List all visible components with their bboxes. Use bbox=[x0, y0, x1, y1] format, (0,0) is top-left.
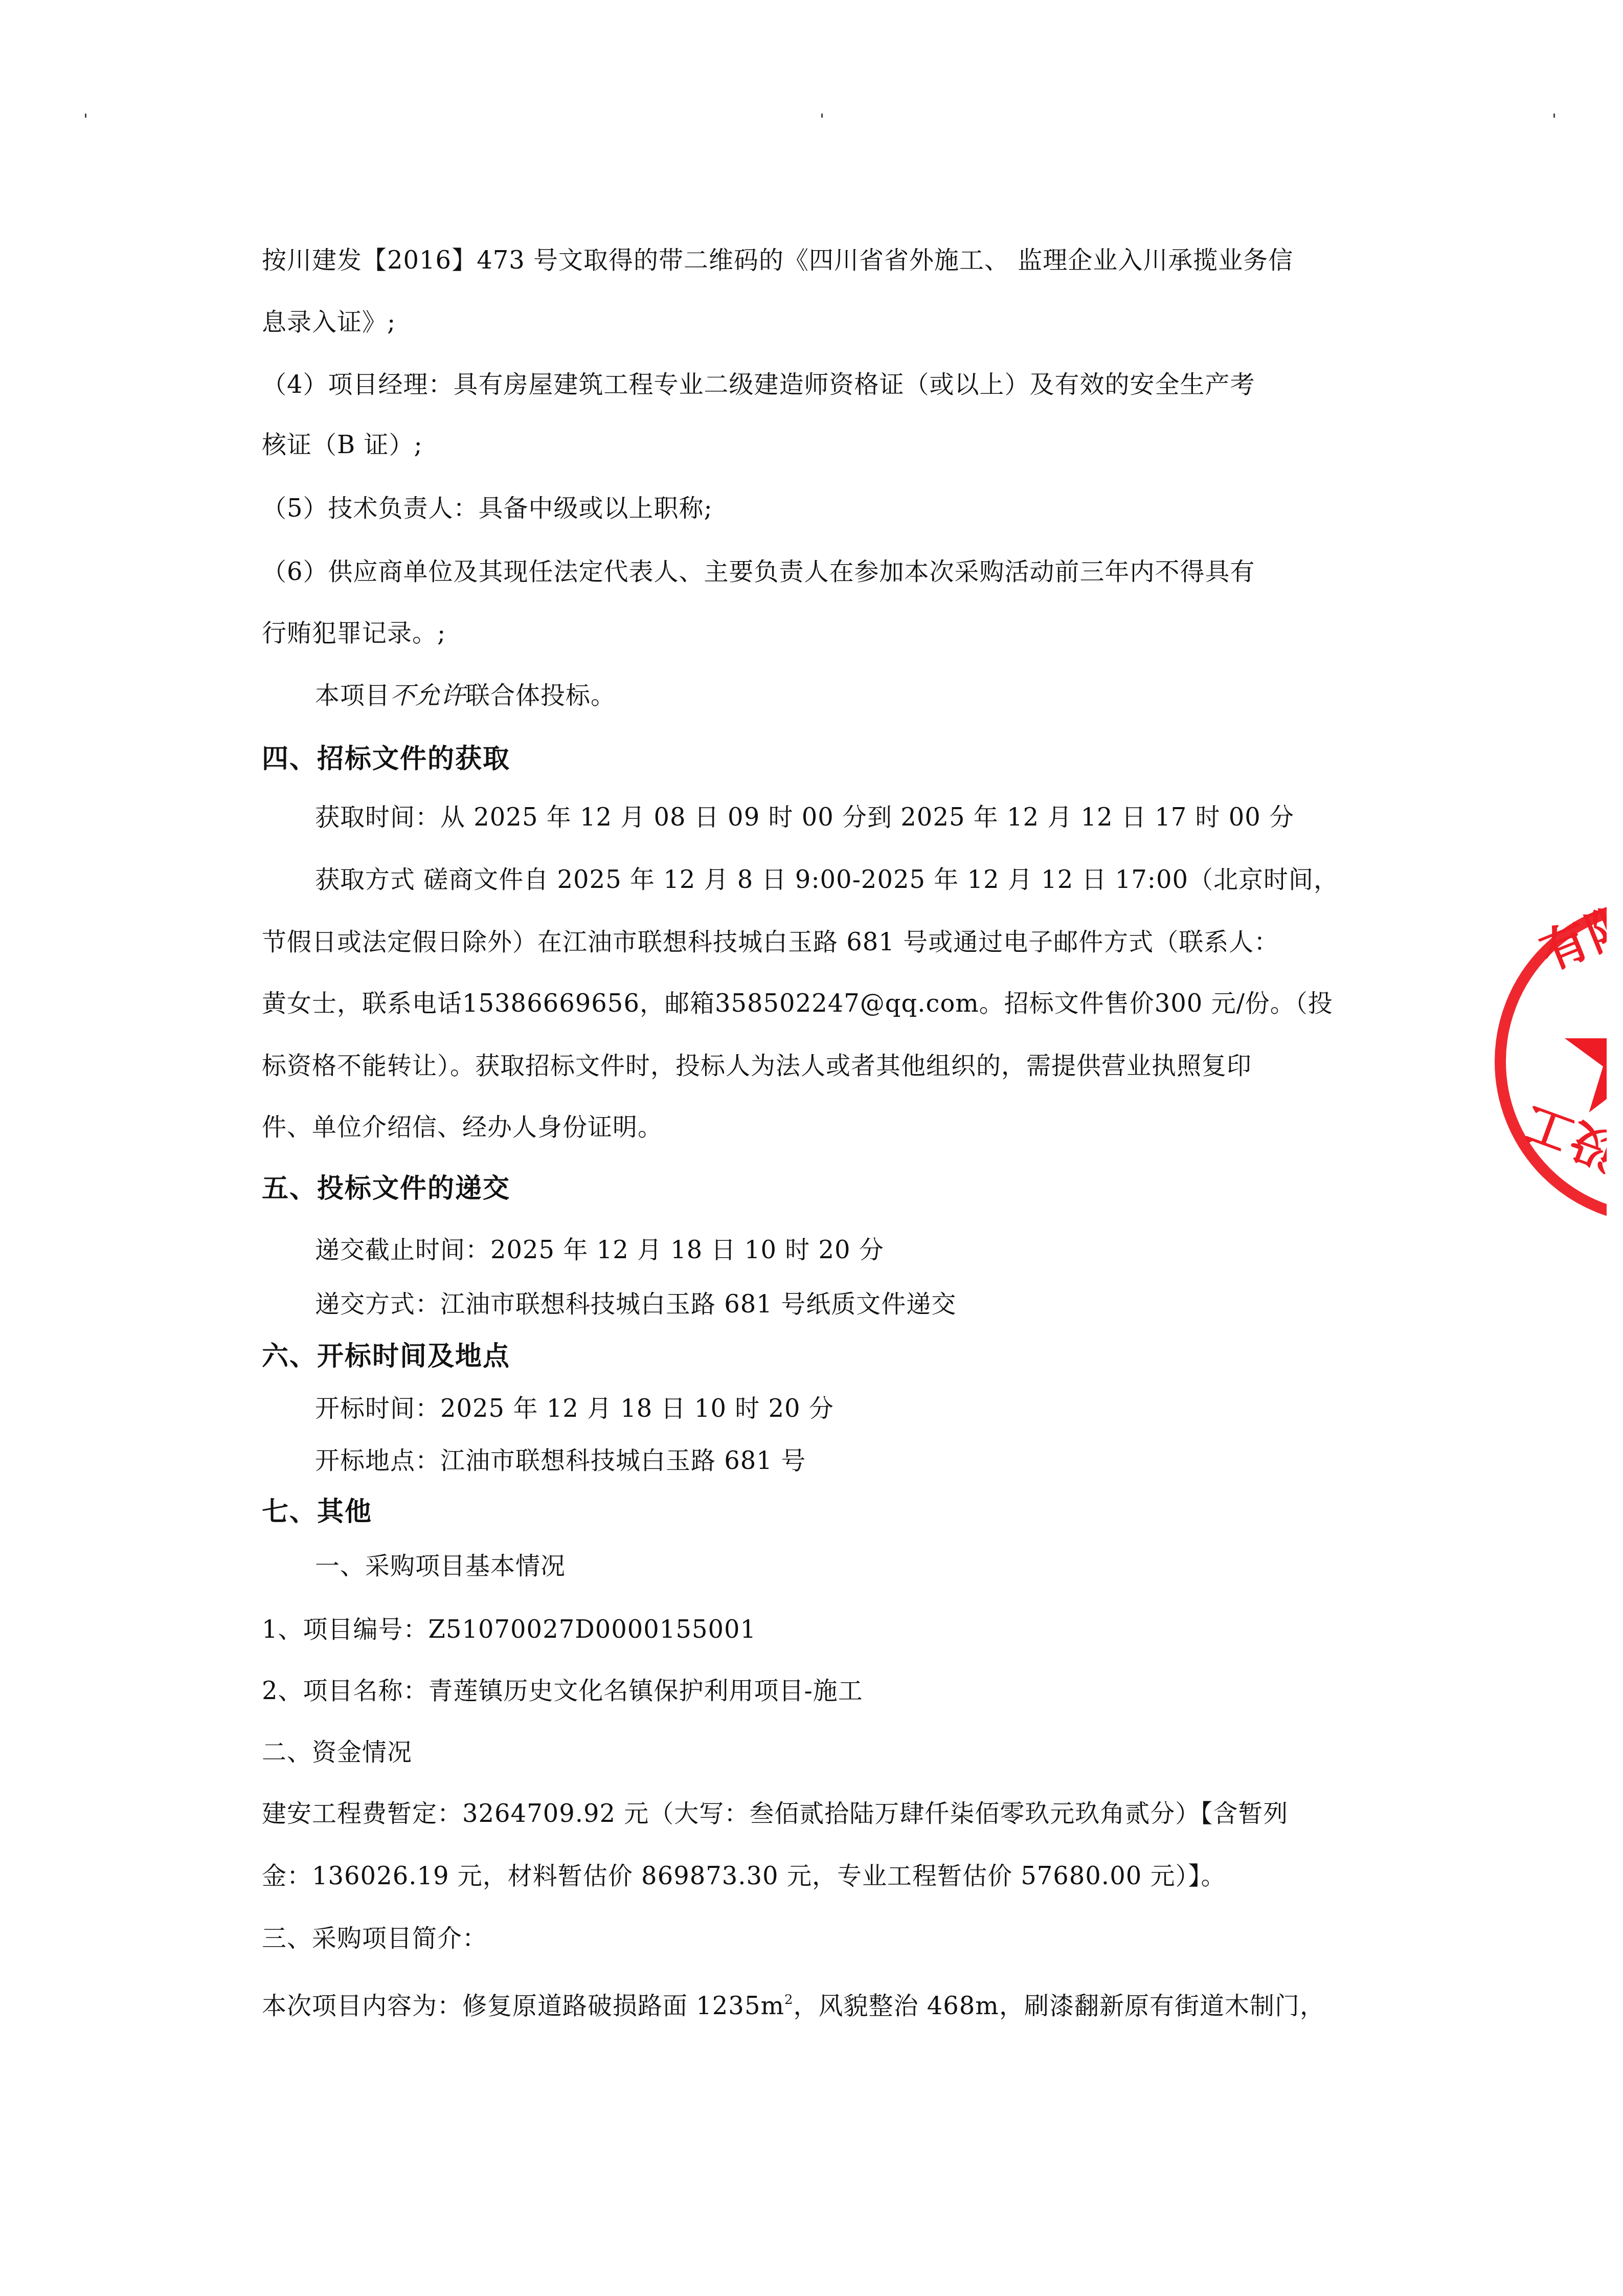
body-line: 核证（B 证）; bbox=[262, 430, 1351, 460]
body-line: 节假日或法定假日除外）在江油市联想科技城白玉路 681 号或通过电子邮件方式（联… bbox=[262, 927, 1351, 957]
project-name: 2、项目名称：青莲镇历史文化名镇保护利用项目-施工 bbox=[262, 1676, 1351, 1706]
requirement-item-4: （4）项目经理：具有房屋建筑工程专业二级建造师资格证（或以上）及有效的安全生产考 bbox=[262, 369, 1351, 400]
requirement-item-6: （6）供应商单位及其现任法定代表人、主要负责人在参加本次采购活动前三年内不得具有 bbox=[262, 556, 1351, 587]
submit-method: 递交方式：江油市联想科技城白玉路 681 号纸质文件递交 bbox=[315, 1289, 1404, 1320]
subsection-heading-1: 一、采购项目基本情况 bbox=[315, 1551, 1404, 1581]
acquire-method: 获取方式 磋商文件自 2025 年 12 月 8 日 9:00-2025 年 1… bbox=[315, 864, 1404, 895]
opening-time: 开标时间：2025 年 12 月 18 日 10 时 20 分 bbox=[315, 1393, 1404, 1424]
scan-mark bbox=[1553, 114, 1555, 118]
consortium-note: 本项目不允许联合体投标。 bbox=[315, 680, 1404, 711]
body-line: 行贿犯罪记录。; bbox=[262, 618, 1351, 649]
contact-line: 黄女士，联系电话15386669656，邮箱358502247@qq.com。招… bbox=[262, 988, 1351, 1019]
section-heading-4: 四、招标文件的获取 bbox=[262, 744, 1351, 774]
body-line: 标资格不能转让）。获取招标文件时，投标人为法人或者其他组织的，需提供营业执照复印 bbox=[262, 1051, 1351, 1081]
body-line: 息录入证》; bbox=[262, 307, 1351, 338]
section-heading-7: 七、其他 bbox=[262, 1497, 1351, 1527]
scan-mark bbox=[821, 114, 823, 118]
project-number: 1、项目编号：Z51070027D0000155001 bbox=[262, 1614, 1351, 1645]
star-icon bbox=[1560, 990, 1607, 1118]
requirement-item-5: （5）技术负责人：具备中级或以上职称; bbox=[262, 493, 1351, 524]
acquire-time: 获取时间：从 2025 年 12 月 08 日 09 时 00 分到 2025 … bbox=[315, 802, 1404, 833]
opening-location: 开标地点：江油市联想科技城白玉路 681 号 bbox=[315, 1445, 1404, 1476]
section-heading-6: 六、开标时间及地点 bbox=[262, 1341, 1351, 1372]
company-seal: 有限公 建设工 bbox=[1483, 890, 1607, 1238]
document-page: 按川建发【2016】473 号文取得的带二维码的《四川省省外施工、 监理企业入川… bbox=[0, 0, 1623, 2296]
budget-line: 金：136026.19 元，材料暂估价 869873.30 元，专业工程暂估价 … bbox=[262, 1861, 1351, 1891]
scan-mark bbox=[85, 114, 86, 118]
project-scope: 本次项目内容为：修复原道路破损路面 1235m2，风貌整治 468m，刷漆翻新原… bbox=[262, 1985, 1351, 2015]
emphasis-not-allowed: 不允许 bbox=[390, 681, 465, 710]
budget-line: 建安工程费暂定：3264709.92 元（大写：叁佰贰拾陆万肆仟柒佰零玖元玖角贰… bbox=[262, 1798, 1351, 1829]
section-heading-5: 五、投标文件的递交 bbox=[262, 1173, 1351, 1204]
body-line: 按川建发【2016】473 号文取得的带二维码的《四川省省外施工、 监理企业入川… bbox=[262, 245, 1351, 276]
body-line: 件、单位介绍信、经办人身份证明。 bbox=[262, 1112, 1351, 1143]
submit-deadline: 递交截止时间：2025 年 12 月 18 日 10 时 20 分 bbox=[315, 1235, 1404, 1265]
subsection-heading-3: 三、采购项目简介： bbox=[262, 1923, 1351, 1954]
subsection-heading-2: 二、资金情况 bbox=[262, 1737, 1351, 1768]
